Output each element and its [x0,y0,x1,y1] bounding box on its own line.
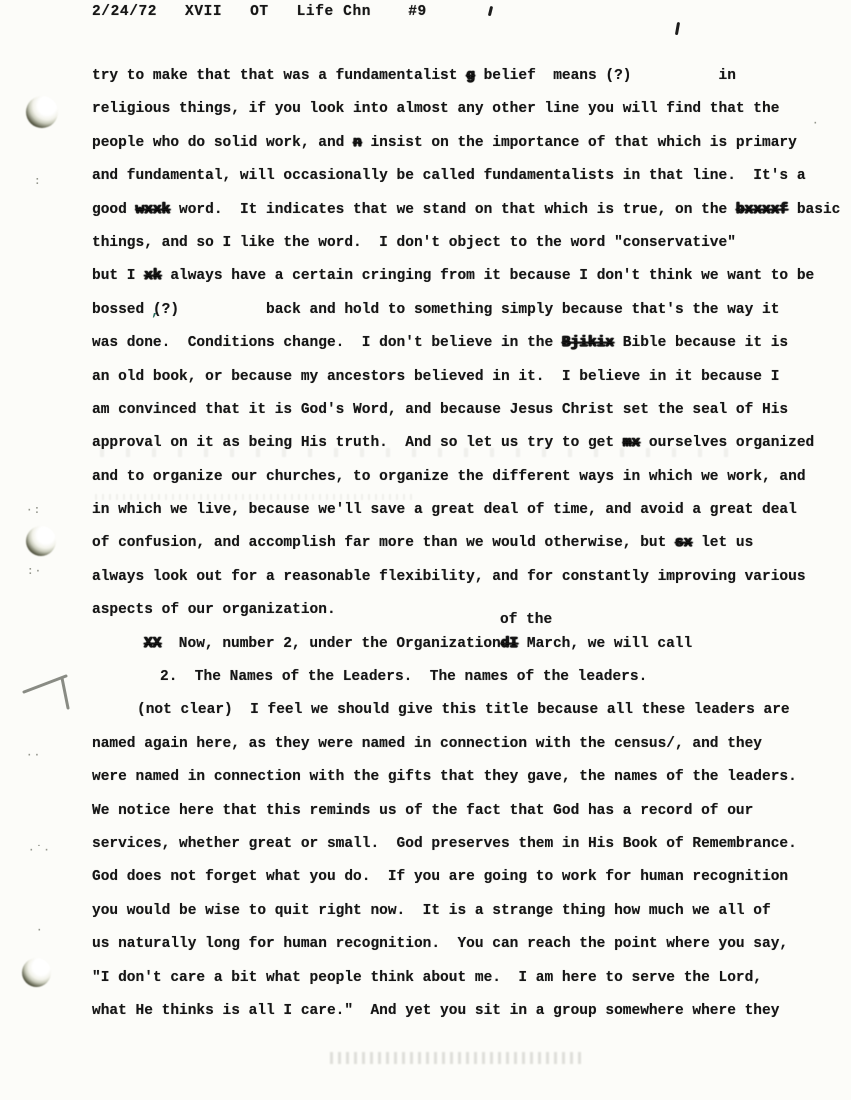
struck-text: sx [675,535,692,551]
text-line: you would be wise to quit right now. It … [92,895,845,928]
text-line: services, whether great or small. God pr… [92,828,845,861]
punch-hole [26,96,58,128]
text-line: "I don't care a bit what people think ab… [92,962,845,995]
margin-mark: : [34,176,42,188]
margin-mark: · [36,925,44,937]
margin-mark: ·· [26,750,41,762]
text-line: were named in connection with the gifts … [92,761,845,794]
text-line: aspects of our organization. [92,594,845,627]
struck-text: n [353,135,362,151]
smudge [330,1052,585,1064]
document-lines: try to make that that was a fundamentali… [92,60,845,1028]
text-line: us naturally long for human recognition.… [92,928,845,961]
margin-mark: :· [27,566,42,578]
text-line: of confusion, and accomplish far more th… [92,527,845,560]
text-line: try to make that that was a fundamentali… [92,60,845,93]
text-line: (not clear) I feel we should give this t… [137,694,845,727]
text-line: in which we live, because we'll save a g… [92,494,845,527]
caret-mark: , [151,304,159,320]
margin-mark: ·˙· [28,845,51,857]
text-line: XX Now, number 2, under the Organization… [144,628,845,661]
text-line: God does not forget what you do. If you … [92,861,845,894]
text-line: and fundamental, will occasionally be ca… [92,160,845,193]
text-line: things, and so I like the word. I don't … [92,227,845,260]
ink-tick [675,22,680,35]
text-line: bossed (?) back and hold to something si… [92,294,845,327]
text-line: and to organize our churches, to organiz… [92,461,845,494]
margin-mark: · [812,118,820,130]
text-line: religious things, if you look into almos… [92,93,845,126]
interlinear-insert: of the [500,612,552,628]
page: 2/24/72 XVII OT Life Chn #9 try to make … [0,0,851,1100]
text-line: approval on it as being His truth. And s… [92,427,845,460]
text-line: was done. Conditions change. I don't bel… [92,327,845,360]
punch-hole [26,526,56,556]
punch-hole [22,958,51,987]
pencil-check-icon [20,668,76,714]
text-line: am convinced that it is God's Word, and … [92,394,845,427]
struck-text: wxxk [136,202,171,218]
ink-tick [488,6,493,16]
margin-mark: ·: [26,505,41,517]
text-line: people who do solid work, and n insist o… [92,127,845,160]
struck-text: bxxxxf [736,202,788,218]
struck-text: XX [144,636,161,652]
text-line: always look out for a reasonable flexibi… [92,561,845,594]
text-line: good wxxk word. It indicates that we sta… [92,194,845,227]
text-line: what He thinks is all I care." And yet y… [92,995,845,1028]
struck-text: xk [144,268,161,284]
text-line: We notice here that this reminds us of t… [92,795,845,828]
text-line: but I xk always have a certain cringing … [92,260,845,293]
struck-text: mx [623,435,640,451]
page-header: 2/24/72 XVII OT Life Chn #9 [92,4,427,20]
text-line: an old book, or because my ancestors bel… [92,361,845,394]
struck-text: g [466,68,475,84]
struck-text: dI [501,636,518,652]
text-line: 2. The Names of the Leaders. The names o… [160,661,845,694]
text-line: named again here, as they were named in … [92,728,845,761]
struck-text: Bjikix [562,335,614,351]
